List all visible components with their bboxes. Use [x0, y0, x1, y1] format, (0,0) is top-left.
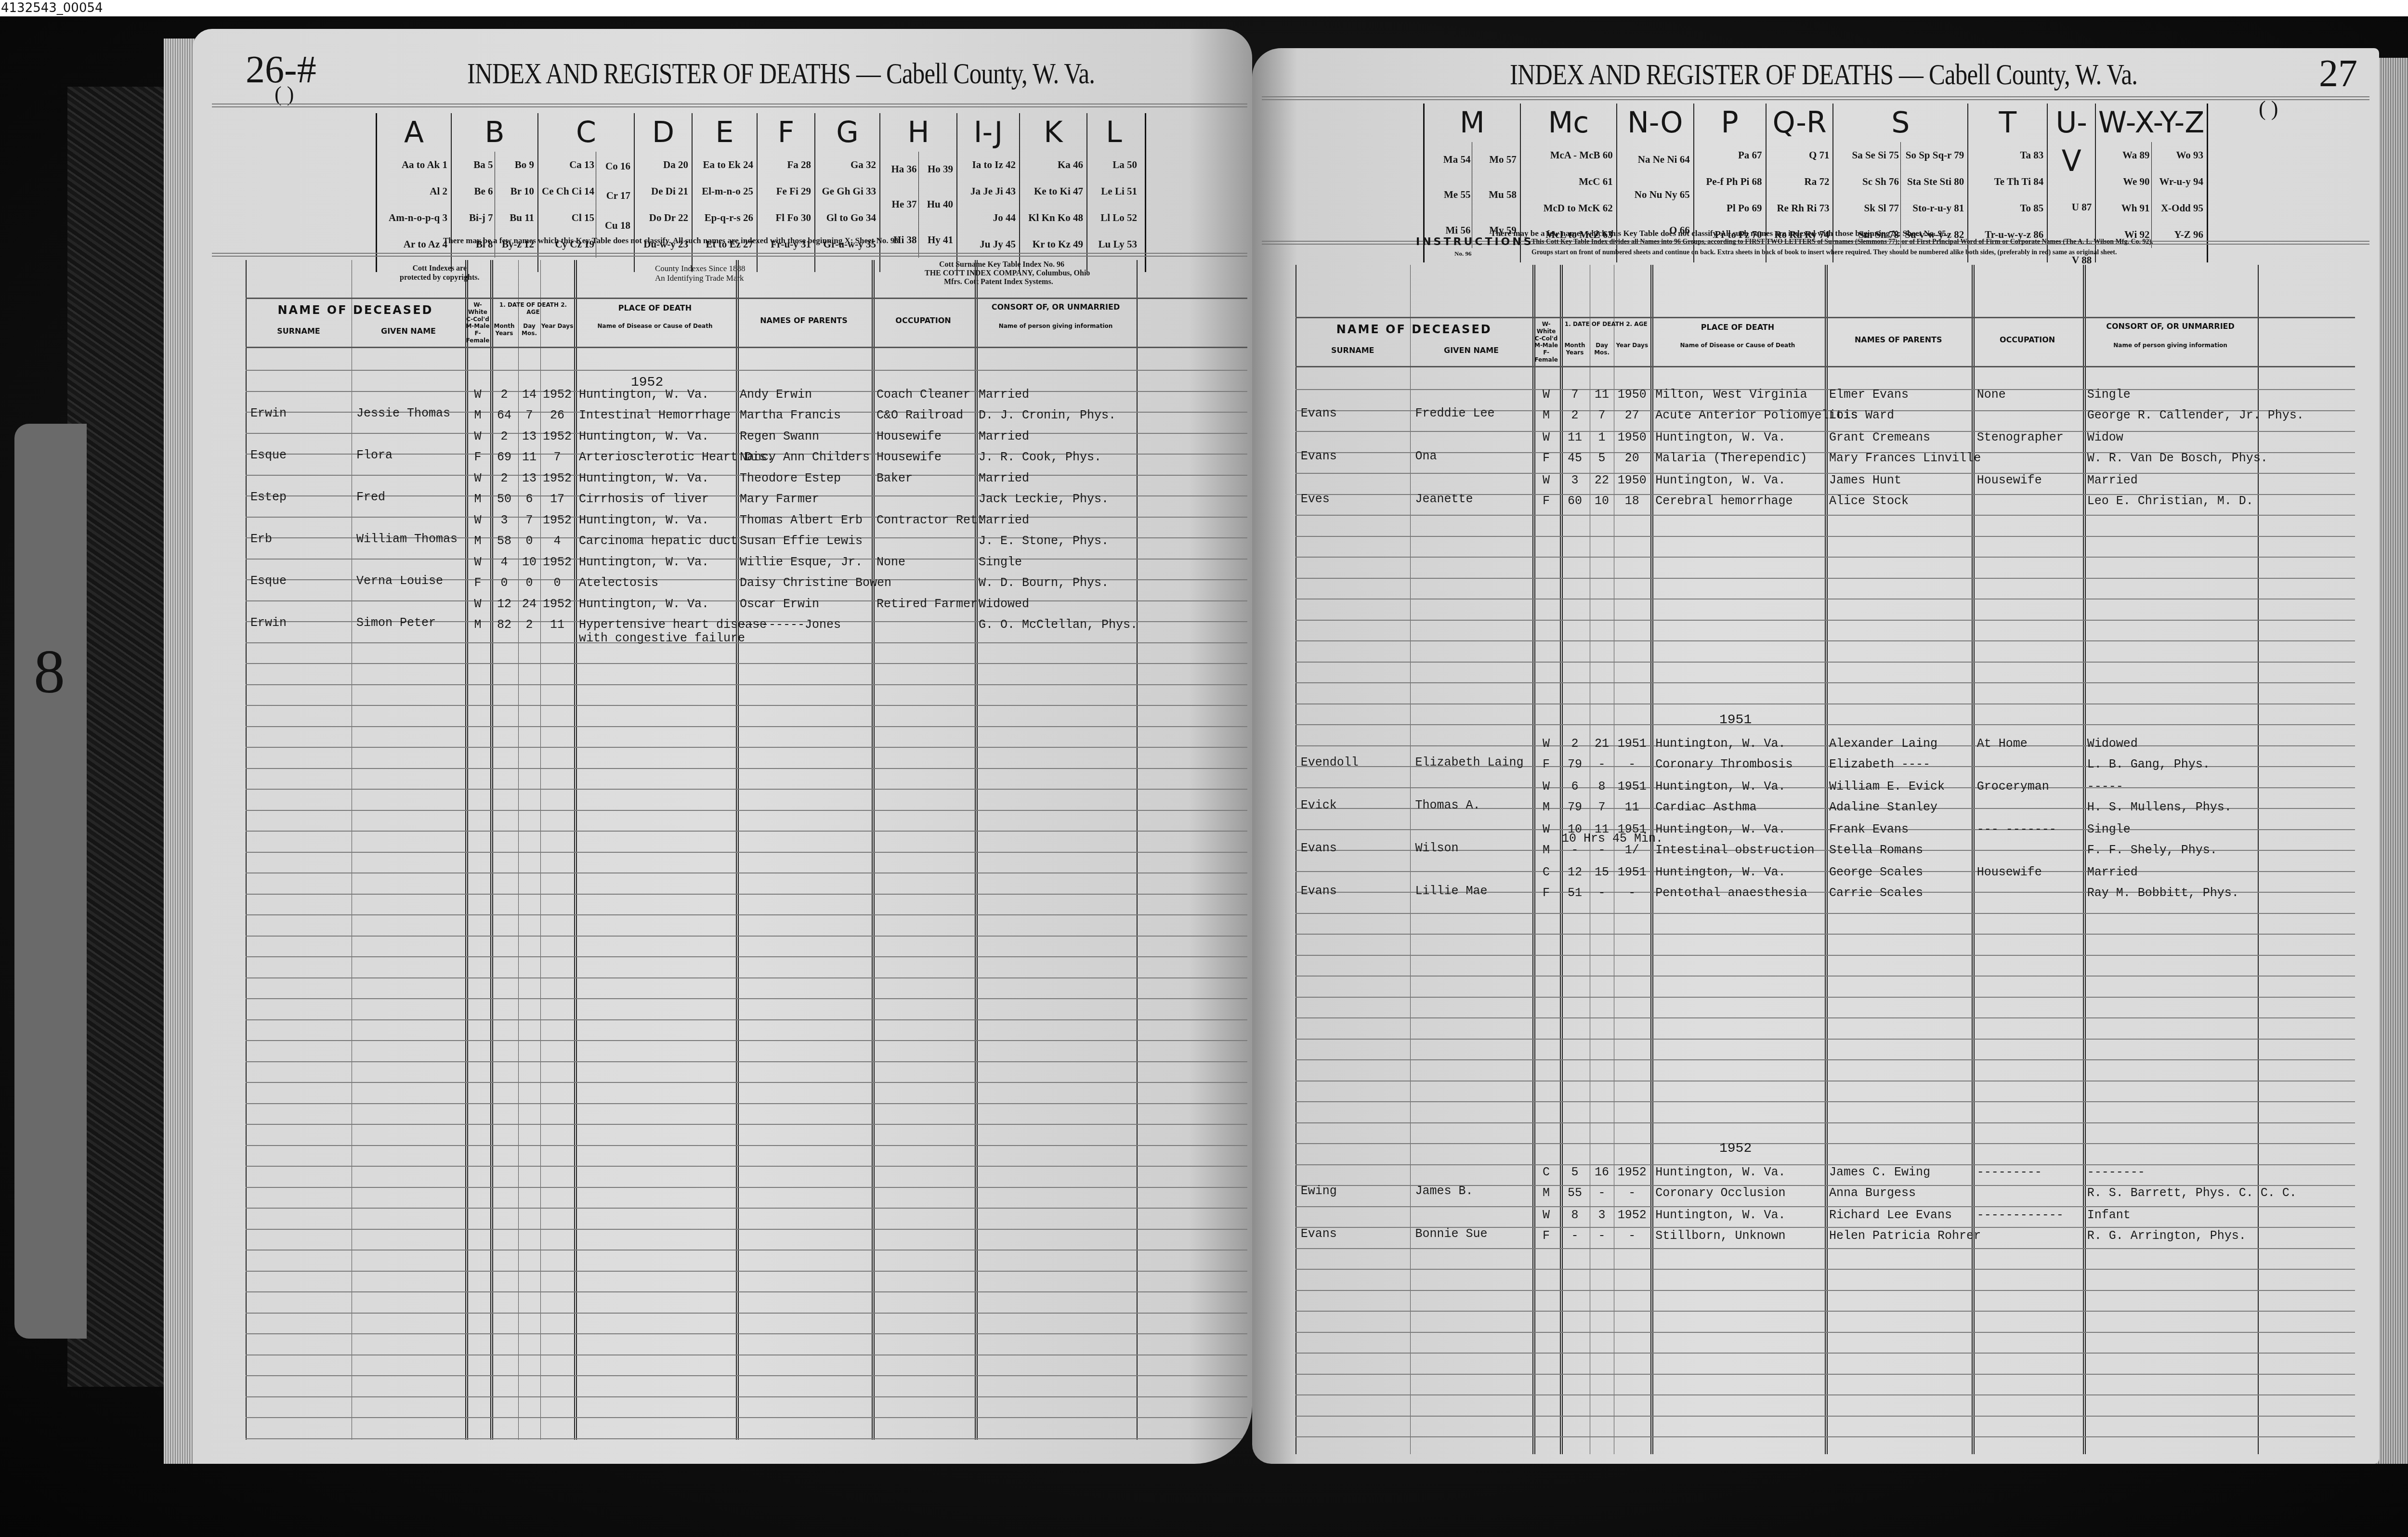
column-divider — [1410, 265, 1411, 1454]
instructions-number: No. 96 — [1454, 248, 1471, 259]
key-letter: S — [1835, 104, 1965, 142]
ruled-line — [246, 768, 1247, 769]
father-cell: William E. Evick — [1829, 780, 1945, 794]
father-cell: Frank Evans — [1829, 822, 1909, 836]
key-entry: Fa 28 — [761, 159, 811, 171]
header-name-of-deceased: NAME OF DECEASED — [1296, 323, 1532, 336]
informant-cell: R. G. Arrington, Phys. — [2087, 1229, 2246, 1243]
key-entry: Ma 54 — [1428, 154, 1470, 166]
column-divider — [1972, 265, 1975, 1454]
year-marker: 1951 — [1719, 713, 1752, 728]
key-entry: Kl Kn Ko 48 — [1023, 212, 1083, 224]
key-column: DDa 20De Di 21Do Dr 22Du-w-y 23 — [635, 113, 693, 272]
ruled-line — [246, 1396, 1247, 1397]
header-rule — [246, 347, 1247, 348]
ruled-line — [1296, 934, 2355, 935]
key-entry: Ha 36 — [884, 163, 917, 175]
ruled-line — [246, 998, 1247, 999]
key-entry: He 37 — [884, 198, 917, 210]
ruled-line — [246, 1082, 1247, 1083]
age-days-cell: 20 — [1614, 451, 1650, 465]
header-occupation: OCCUPATION — [872, 316, 975, 325]
death-month-cell: 12 — [490, 597, 518, 611]
header-sex: M-Male F-Female — [1532, 342, 1559, 364]
sex-cell: F — [465, 450, 490, 464]
ruled-line — [1296, 473, 2355, 474]
place-of-death-cell: Huntington, W. Va. — [1655, 822, 1785, 836]
death-month-cell: 6 — [1560, 780, 1590, 794]
double-rule — [1262, 96, 2369, 100]
death-year-cell: 1951 — [1614, 780, 1650, 794]
color-cell: C — [1532, 1165, 1559, 1179]
ruled-line — [1296, 997, 2355, 998]
key-entry: Ju Jy 45 — [961, 238, 1016, 250]
occupation-cell: ------------ — [1977, 1208, 2064, 1222]
mother-cell: Lois Ward — [1829, 408, 1894, 422]
given-name-cell: James B. — [1415, 1184, 1473, 1198]
age-days-cell: - — [1614, 1186, 1650, 1200]
sex-cell: M — [1532, 843, 1559, 857]
header-informant: Name of person giving information — [975, 323, 1137, 330]
place-of-death-cell: Huntington, W. Va. — [579, 597, 709, 611]
key-entry: Wo 93 — [2153, 149, 2203, 161]
key-entry: Co 16 — [598, 160, 630, 172]
key-sublist: Ho 39Hu 40Hy 41 — [918, 152, 955, 258]
cause-of-death-cell: Pentothal anaesthesia — [1655, 886, 1807, 900]
mother-cell: Carrie Scales — [1829, 886, 1923, 900]
death-year-cell: 1951 — [1614, 737, 1650, 751]
ruled-line — [1296, 1311, 2355, 1312]
year-marker: 1952 — [1719, 1141, 1752, 1156]
death-day-cell: 15 — [1590, 865, 1614, 879]
ruled-line — [1296, 1416, 2355, 1417]
death-month-cell: 2 — [490, 430, 518, 443]
occupation-cell: Groceryman — [1977, 780, 2049, 794]
given-name-cell: Lillie Mae — [1415, 884, 1487, 898]
key-letter: F — [759, 113, 812, 152]
header-place-of-death: PLACE OF DEATH — [1650, 323, 1825, 332]
surname-cell: Evendoll — [1301, 755, 1359, 769]
surname-cell: Evans — [1301, 841, 1337, 855]
key-sublist: Ia to Iz 42Ja Je Ji 43Jo 44Ju Jy 45 — [959, 152, 1017, 258]
key-entries: La 50Le Li 51Ll Lo 52Lu Ly 53 — [1089, 152, 1139, 258]
index-tab-left: 8 — [14, 424, 87, 1339]
color-cell: W — [1532, 822, 1559, 836]
ruled-line — [246, 1375, 1247, 1376]
occupation-cell: Housewife — [1977, 865, 2042, 879]
sex-cell: F — [465, 576, 490, 590]
given-name-cell: Freddie Lee — [1415, 406, 1494, 420]
key-entry: Ep-q-r-s 26 — [696, 212, 753, 224]
consort-cell: Single — [2087, 822, 2131, 836]
surname-cell: Erwin — [250, 406, 287, 420]
age-days-cell: 7 — [540, 450, 574, 464]
key-entry: Ho 39 — [920, 163, 954, 175]
header-given-name: GIVEN NAME — [352, 326, 465, 336]
key-table-note: There may be a few names which this Key … — [443, 236, 901, 246]
register-table: NAME OF DECEASEDSURNAMEGIVEN NAMEW-White… — [246, 260, 1247, 1440]
cause-of-death-cell: Atelectosis — [579, 576, 658, 590]
father-cell: Theodore Estep — [740, 471, 841, 485]
key-letter: L — [1089, 113, 1139, 152]
color-cell: W — [1532, 473, 1559, 487]
age-months-cell: 7 — [1590, 408, 1614, 422]
key-entry: Pl Po 69 — [1698, 202, 1762, 214]
key-entry: Ka 46 — [1023, 159, 1083, 171]
key-letter: Q-R — [1768, 104, 1831, 142]
cause-of-death-cont-cell: with congestive failure — [579, 631, 745, 645]
key-entry: Wa 89 — [2099, 149, 2149, 161]
father-cell: Willie Esque, Jr. — [740, 555, 863, 569]
double-rule — [212, 253, 1247, 257]
key-letter: D — [637, 113, 690, 152]
key-entry: Ge Gh Gi 33 — [819, 185, 876, 197]
column-divider — [574, 260, 577, 1440]
column-divider — [1825, 265, 1828, 1454]
place-of-death-cell: Huntington, W. Va. — [579, 513, 709, 527]
death-month-cell: 3 — [1560, 473, 1590, 487]
sex-cell: M — [1532, 800, 1559, 814]
age-days-cell: 27 — [1614, 408, 1650, 422]
ruled-line — [246, 1313, 1247, 1314]
key-entry: Mo 57 — [1474, 154, 1516, 166]
informant-cell: G. O. McClellan, Phys. — [979, 618, 1138, 632]
ruled-line — [1296, 1143, 2355, 1144]
ruled-line — [1296, 515, 2355, 516]
ruled-line — [246, 1019, 1247, 1020]
informant-cell: W. R. Van De Bosch, Phys. — [2087, 451, 2268, 465]
surname-cell: Evans — [1301, 449, 1337, 463]
occupation-cell: None — [877, 555, 905, 569]
ruled-line — [246, 894, 1247, 895]
key-entry: Ra 72 — [1770, 176, 1830, 188]
key-letter: M — [1426, 104, 1518, 142]
column-divider — [1137, 260, 1138, 1440]
given-name-cell: Verna Louise — [356, 574, 443, 588]
age-years-cell: 0 — [490, 576, 518, 590]
key-entry: Hy 41 — [920, 234, 954, 246]
age-days-cell: 11 — [540, 618, 574, 632]
place-of-death-cell: Huntington, W. Va. — [1655, 1208, 1785, 1222]
key-letter: B — [454, 113, 536, 152]
surname-cell: Evans — [1301, 884, 1337, 898]
key-entry: So Sp Sq-r 79 — [1902, 149, 1964, 161]
ruled-line — [246, 789, 1247, 790]
cause-of-death-cell: Coronary Thrombosis — [1655, 757, 1793, 771]
key-entry: Fl Fo 30 — [761, 212, 811, 224]
key-sublist: Wa 89We 90Wh 91Wi 92 — [2098, 142, 2151, 248]
key-entry: X-Odd 95 — [2153, 202, 2203, 214]
double-rule — [212, 104, 1247, 107]
death-month-cell: 2 — [1560, 737, 1590, 751]
color-cell: W — [465, 471, 490, 485]
header-parents: NAMES OF PARENTS — [1825, 335, 1972, 344]
key-entry: Mi 56 — [1428, 224, 1470, 236]
sex-cell: M — [465, 492, 490, 506]
key-entry: Sa Se Si 75 — [1837, 149, 1898, 161]
death-year-cell: 1952 — [540, 513, 574, 527]
ruled-line — [1296, 599, 2355, 599]
death-year-cell: 1952 — [540, 388, 574, 402]
death-month-cell: 2 — [490, 471, 518, 485]
sex-cell: M — [465, 408, 490, 422]
ruled-line — [1296, 1059, 2355, 1060]
surname-cell: Estep — [250, 490, 287, 504]
death-day-cell: 7 — [518, 513, 540, 527]
ruled-line — [1296, 1248, 2355, 1249]
header-parents: NAMES OF PARENTS — [736, 316, 872, 325]
mother-cell: Mary Frances Linville — [1829, 451, 1981, 465]
father-cell: Regen Swann — [740, 430, 819, 443]
color-cell: W — [1532, 780, 1559, 794]
key-letter: A — [379, 113, 449, 152]
cause-of-death-cell: Cerebral hemorrhage — [1655, 494, 1793, 508]
key-entry: U 87 — [2051, 201, 2092, 213]
death-month-cell: 4 — [490, 555, 518, 569]
color-cell: W — [465, 513, 490, 527]
father-cell: Thomas Albert Erb — [740, 513, 863, 527]
ruled-line — [1296, 787, 2355, 788]
key-entries: Ka 46Ke to Ki 47Kl Kn Ko 48Kr to Kz 49 — [1022, 152, 1085, 258]
age-days-cell: - — [1614, 886, 1650, 900]
key-letter: U-V — [2050, 104, 2093, 181]
informant-cell: H. S. Mullens, Phys. — [2087, 800, 2232, 814]
ruled-line — [246, 370, 1247, 371]
mother-cell: Nancy Ann Childers — [740, 450, 870, 464]
occupation-cell: Retired Farmer — [877, 597, 978, 611]
key-letter: P — [1696, 104, 1764, 142]
ruled-line — [246, 663, 1247, 664]
cause-of-death-cell: Coronary Occlusion — [1655, 1186, 1785, 1200]
key-entry: Al 2 — [380, 185, 447, 197]
header-occupation: OCCUPATION — [1972, 335, 2083, 344]
age-days-cell: 17 — [540, 492, 574, 506]
father-cell: Elmer Evans — [1829, 388, 1909, 402]
mother-cell: Martha Francis — [740, 408, 841, 422]
key-column: KKa 46Ke to Ki 47Kl Kn Ko 48Kr to Kz 49 — [1020, 113, 1087, 272]
key-letter: Mc — [1523, 104, 1614, 142]
ruled-line — [246, 684, 1247, 685]
age-years-cell: 55 — [1560, 1186, 1590, 1200]
ruled-line — [1296, 1332, 2355, 1333]
ruled-line — [1296, 1206, 2355, 1207]
ruled-line — [246, 726, 1247, 727]
death-year-cell: 1952 — [540, 555, 574, 569]
mother-cell: Helen Patricia Rohrer — [1829, 1229, 1981, 1243]
informant-cell: R. S. Barrett, Phys. C. C. C. — [2087, 1186, 2297, 1200]
key-entry: Pa 67 — [1698, 149, 1762, 161]
key-entry: Sto-r-u-y 81 — [1902, 202, 1964, 214]
key-entry: Ta 83 — [1972, 149, 2043, 161]
informant-cell: F. F. Shely, Phys. — [2087, 843, 2217, 857]
informant-cell: Ray M. Bobbitt, Phys. — [2087, 886, 2239, 900]
age-days-cell: - — [1614, 1229, 1650, 1243]
header-top-rule — [1296, 317, 2355, 318]
key-entry: Wr-u-y 94 — [2153, 176, 2203, 188]
given-name-cell: Ona — [1415, 449, 1437, 463]
age-months-cell: - — [1590, 757, 1614, 771]
key-entry: El-m-n-o 25 — [696, 185, 753, 197]
ruled-line — [246, 1208, 1247, 1209]
key-entry: Y-Z 96 — [2153, 229, 2203, 241]
cause-of-death-cell: Cardiac Asthma — [1655, 800, 1756, 814]
age-note-cell: 10 Hrs 45 Min. — [1562, 832, 1663, 846]
ruled-line — [246, 1061, 1247, 1062]
consort-cell: -------- — [2087, 1165, 2145, 1179]
key-entry: Ce Ch Ci 14 — [542, 185, 594, 197]
ruled-line — [246, 1187, 1247, 1188]
year-marker: 1952 — [631, 375, 663, 390]
ruled-line — [1296, 682, 2355, 683]
ruled-line — [246, 873, 1247, 873]
key-entry: Ba 5 — [455, 159, 493, 171]
key-entry: Lu Ly 53 — [1091, 238, 1137, 250]
cause-of-death-cell: Hypertensive heart disease — [579, 618, 767, 632]
death-day-cell: 3 — [1590, 1208, 1614, 1222]
ruled-line — [246, 705, 1247, 706]
key-entry: Bo 9 — [497, 159, 535, 171]
header-year-days: Year Days — [1614, 342, 1650, 349]
image-label-strip: 4132543_00054 — [0, 0, 2408, 16]
left-page: 26-# INDEX AND REGISTER OF DEATHS — Cabe… — [193, 29, 1252, 1464]
key-entry: Q 71 — [1770, 149, 1830, 161]
column-divider — [2258, 265, 2259, 1454]
informant-cell: D. J. Cronin, Phys. — [979, 408, 1116, 422]
key-column: FFa 28Fe Fi 29Fl Fo 30Fr-u-y 31 — [758, 113, 815, 272]
ruled-line — [246, 936, 1247, 937]
sex-cell: F — [1532, 886, 1559, 900]
death-month-cell: 7 — [1560, 388, 1590, 402]
ruled-line — [1296, 871, 2355, 872]
column-divider — [1296, 265, 1296, 1454]
key-entry: Gl to Go 34 — [819, 212, 876, 224]
death-day-cell: 24 — [518, 597, 540, 611]
given-name-cell: Jessie Thomas — [356, 406, 450, 420]
key-entry: Ll Lo 52 — [1091, 212, 1137, 224]
occupation-cell: At Home — [1977, 737, 2028, 751]
ruled-line — [1296, 389, 2355, 390]
age-months-cell: 0 — [518, 534, 540, 548]
occupation-cell: --- ------- — [1977, 822, 2056, 836]
surname-cell: Evans — [1301, 406, 1337, 420]
age-months-cell: - — [1590, 1186, 1614, 1200]
column-divider — [736, 260, 739, 1440]
key-entry: Hu 40 — [920, 198, 954, 210]
death-day-cell: 13 — [518, 430, 540, 443]
death-month-cell: 3 — [490, 513, 518, 527]
color-cell: W — [1532, 737, 1559, 751]
death-day-cell: 21 — [1590, 737, 1614, 751]
key-entry: Na Ne Ni 64 — [1621, 154, 1690, 166]
header-rule — [1296, 366, 2355, 367]
ruled-line — [1296, 1081, 2355, 1081]
occupation-cell: Baker — [877, 471, 913, 485]
color-cell: W — [465, 388, 490, 402]
key-entry: La 50 — [1091, 159, 1137, 171]
header-consort: CONSORT OF, OR UNMARRIED — [2083, 322, 2258, 331]
header-sex: M-Male F-Female — [465, 323, 490, 344]
key-entries: Ta 83Te Th Ti 84To 85Tr-u-w-y-z 86 — [1970, 142, 2045, 248]
given-name-cell: Simon Peter — [356, 616, 436, 630]
ruled-line — [246, 977, 1247, 978]
key-letter: N-O — [1619, 104, 1691, 142]
key-entry: Aa to Ak 1 — [380, 159, 447, 171]
key-entry: Be 6 — [455, 185, 493, 197]
death-year-cell: 1950 — [1614, 388, 1650, 402]
father-cell: James C. Ewing — [1829, 1165, 1930, 1179]
consort-cell: Single — [979, 555, 1022, 569]
ruled-line — [246, 1250, 1247, 1250]
mother-cell: Mary Farmer — [740, 492, 819, 506]
color-cell: W — [1532, 430, 1559, 444]
surname-cell: Ewing — [1301, 1184, 1337, 1198]
ruled-line — [1296, 1101, 2355, 1102]
ruled-line — [246, 1333, 1247, 1334]
key-entry: Sta Ste Sti 80 — [1902, 176, 1964, 188]
page-paren: ( ) — [275, 82, 294, 106]
death-day-cell: 16 — [1590, 1165, 1614, 1179]
death-day-cell: 10 — [518, 555, 540, 569]
consort-cell: Widowed — [2087, 737, 2138, 751]
age-days-cell: 0 — [540, 576, 574, 590]
ruled-line — [1296, 955, 2355, 956]
age-months-cell: - — [1590, 886, 1614, 900]
header-top-rule — [246, 298, 1247, 299]
death-year-cell: 1952 — [540, 430, 574, 443]
key-sublist: Ta 83Te Th Ti 84To 85Tr-u-w-y-z 86 — [1970, 142, 2045, 248]
key-entry: Sk Sl 77 — [1837, 202, 1898, 214]
age-years-cell: 82 — [490, 618, 518, 632]
place-of-death-cell: Huntington, W. Va. — [1655, 780, 1785, 794]
key-entry: Ja Je Ji 43 — [961, 185, 1016, 197]
key-letter: G — [817, 113, 877, 152]
age-years-cell: 60 — [1560, 494, 1590, 508]
key-entry: McA - McB 60 — [1524, 149, 1613, 161]
given-name-cell: Jeanette — [1415, 492, 1473, 506]
ruled-line — [1296, 536, 2355, 537]
age-months-cell: 10 — [1590, 494, 1614, 508]
key-entry: Bi-j 7 — [455, 212, 493, 224]
key-entry: Mu 58 — [1474, 189, 1516, 201]
key-entry: Cu 18 — [598, 220, 630, 232]
key-entry: Sc Sh 76 — [1837, 176, 1898, 188]
key-entries: Ia to Iz 42Ja Je Ji 43Jo 44Ju Jy 45 — [959, 152, 1017, 258]
informant-cell: J. R. Cook, Phys. — [979, 450, 1101, 464]
key-column: BBa 5Be 6Bi-j 7Bl 8Bo 9Br 10Bu 11By-z 12 — [452, 113, 538, 272]
ruled-line — [246, 810, 1247, 811]
color-cell: W — [465, 597, 490, 611]
cause-of-death-cell: Intestinal Hemorrhage — [579, 408, 731, 422]
key-entry: Fe Fi 29 — [761, 185, 811, 197]
key-entry: Cl 15 — [542, 212, 594, 224]
key-entry: Ke to Ki 47 — [1023, 185, 1083, 197]
place-of-death-cell: Huntington, W. Va. — [1655, 865, 1785, 879]
key-entry: Br 10 — [497, 185, 535, 197]
ruled-line — [1296, 1436, 2355, 1437]
consort-cell: Married — [979, 430, 1029, 443]
death-day-cell: 1 — [1590, 430, 1614, 444]
surname-cell: Esque — [250, 448, 287, 462]
place-of-death-cell: Huntington, W. Va. — [1655, 1165, 1785, 1179]
death-day-cell: 11 — [1590, 388, 1614, 402]
header-day-mos: Day Mos. — [1590, 342, 1614, 356]
consort-cell: Infant — [2087, 1208, 2131, 1222]
informant-cell: George R. Callender, Jr. Phys. — [2087, 408, 2304, 422]
key-entry: Kr to Kz 49 — [1023, 238, 1083, 250]
death-year-cell: 1952 — [540, 471, 574, 485]
place-of-death-cell: Huntington, W. Va. — [579, 471, 709, 485]
age-months-cell: 7 — [518, 408, 540, 422]
